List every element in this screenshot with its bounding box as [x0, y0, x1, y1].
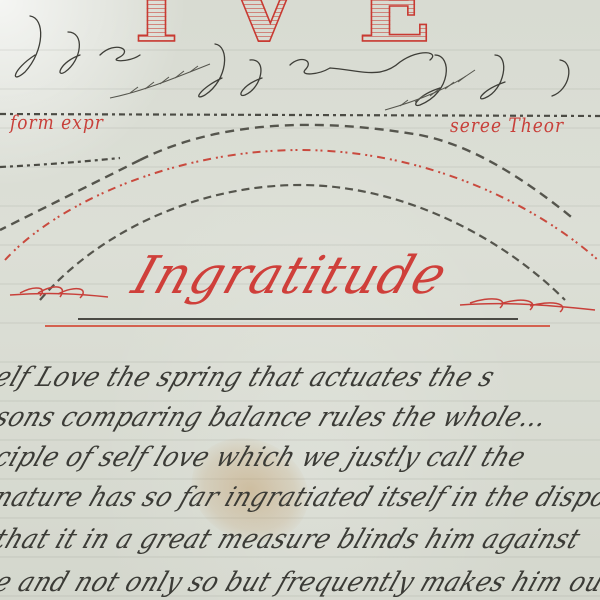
body-line: e and not only so but frequently makes h…	[0, 567, 600, 598]
red-feather-left-icon	[10, 287, 108, 298]
body-line: sons comparing balance rules the whole..…	[0, 402, 552, 433]
body-line: elf Love the spring that actuates the s	[0, 362, 499, 393]
title-underline-black	[78, 318, 518, 320]
gothic-text-right: seree Theor	[450, 115, 564, 138]
leaf-spray-icon	[110, 64, 475, 110]
body-line: ciple of self love which we justly call …	[0, 442, 530, 473]
red-feather-right-icon	[460, 299, 595, 312]
body-line: nature has so far ingratiated itself in …	[0, 482, 600, 513]
red-dotted-arc-icon	[5, 150, 598, 260]
body-line: that it in a great measure blinds him ag…	[0, 524, 585, 555]
gothic-text-left: form expr	[10, 112, 104, 135]
garland-arc-outer-icon	[0, 125, 575, 230]
cursive-flourish-icon	[15, 16, 568, 105]
document-title: Ingratitude	[112, 250, 469, 302]
title-underline-red	[45, 325, 550, 327]
